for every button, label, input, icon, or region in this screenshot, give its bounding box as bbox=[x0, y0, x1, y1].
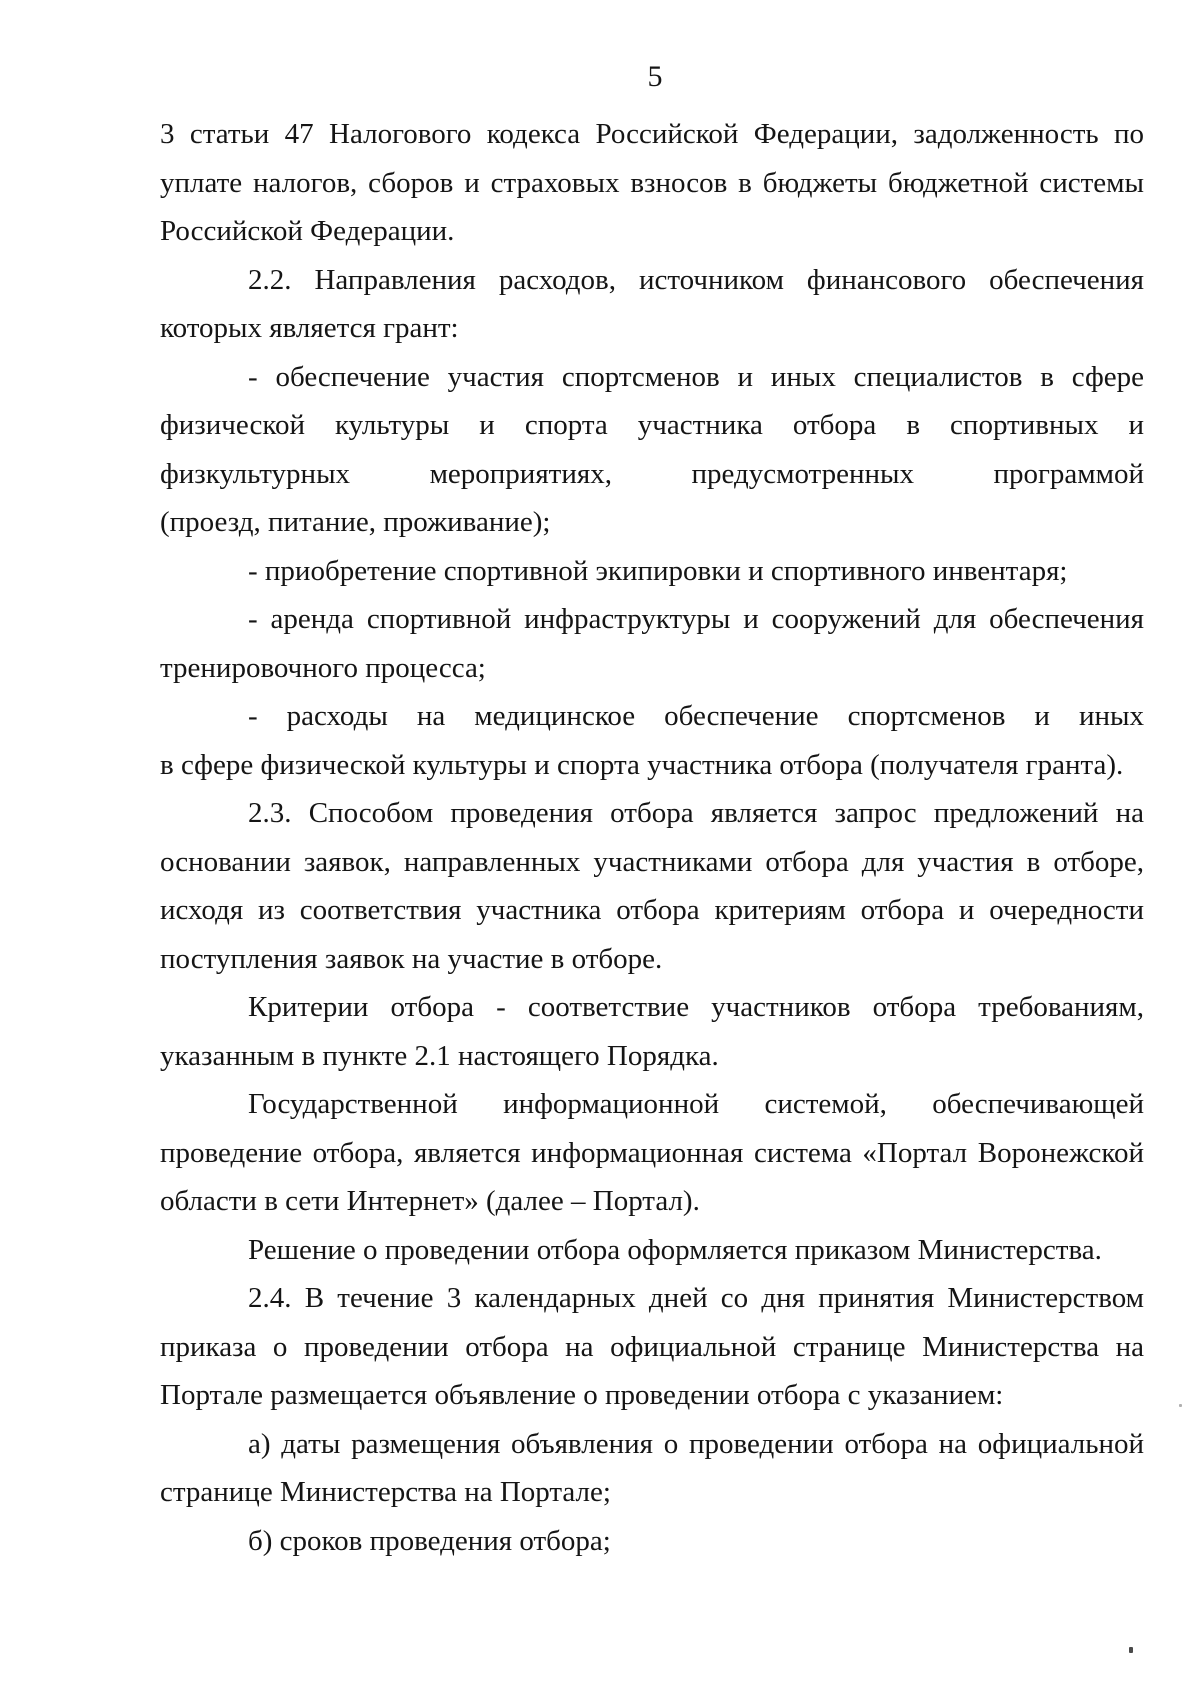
text-line: Государственной информационной системой,… bbox=[160, 1080, 1144, 1129]
text-line: - расходы на медицинское обеспечение спо… bbox=[160, 692, 1144, 741]
text-line: указанным в пункте 2.1 настоящего Порядк… bbox=[160, 1032, 1144, 1081]
scan-speck bbox=[1179, 1404, 1182, 1407]
text-line: 2.3. Способом проведения отбора является… bbox=[160, 789, 1144, 838]
text-line: исходя из соответствия участника отбора … bbox=[160, 886, 1144, 935]
document-body: 3 статьи 47 Налогового кодекса Российско… bbox=[160, 110, 1144, 1565]
text-line: Критерии отбора - соответствие участнико… bbox=[160, 983, 1144, 1032]
text-line: физкультурных мероприятиях, предусмотрен… bbox=[160, 450, 1144, 499]
text-line: физической культуры и спорта участника о… bbox=[160, 401, 1144, 450]
text-line: - приобретение спортивной экипировки и с… bbox=[160, 547, 1144, 596]
text-line: области в сети Интернет» (далее – Портал… bbox=[160, 1177, 1144, 1226]
text-line: Российской Федерации. bbox=[160, 207, 1144, 256]
scan-speck bbox=[1129, 1647, 1133, 1653]
text-line: - обеспечение участия спортсменов и иных… bbox=[160, 353, 1144, 402]
text-line: в сфере физической культуры и спорта уча… bbox=[160, 741, 1144, 790]
text-line: а) даты размещения объявления о проведен… bbox=[160, 1420, 1144, 1469]
text-line: проведение отбора, является информационн… bbox=[160, 1129, 1144, 1178]
text-line: 2.4. В течение 3 календарных дней со дня… bbox=[160, 1274, 1144, 1323]
text-line: основании заявок, направленных участника… bbox=[160, 838, 1144, 887]
text-line: приказа о проведении отбора на официальн… bbox=[160, 1323, 1144, 1372]
text-line: (проезд, питание, проживание); bbox=[160, 498, 1144, 547]
text-line: Портале размещается объявление о проведе… bbox=[160, 1371, 1144, 1420]
text-line: которых является грант: bbox=[160, 304, 1144, 353]
page-number: 5 bbox=[160, 60, 1150, 94]
text-line: Решение о проведении отбора оформляется … bbox=[160, 1226, 1144, 1275]
text-line: тренировочного процесса; bbox=[160, 644, 1144, 693]
document-page: 5 3 статьи 47 Налогового кодекса Российс… bbox=[0, 0, 1200, 1695]
text-line: поступления заявок на участие в отборе. bbox=[160, 935, 1144, 984]
text-line: б) сроков проведения отбора; bbox=[160, 1517, 1144, 1566]
text-line: 3 статьи 47 Налогового кодекса Российско… bbox=[160, 110, 1144, 159]
text-line: уплате налогов, сборов и страховых взнос… bbox=[160, 159, 1144, 208]
text-line: - аренда спортивной инфраструктуры и соо… bbox=[160, 595, 1144, 644]
text-line: 2.2. Направления расходов, источником фи… bbox=[160, 256, 1144, 305]
text-line: странице Министерства на Портале; bbox=[160, 1468, 1144, 1517]
